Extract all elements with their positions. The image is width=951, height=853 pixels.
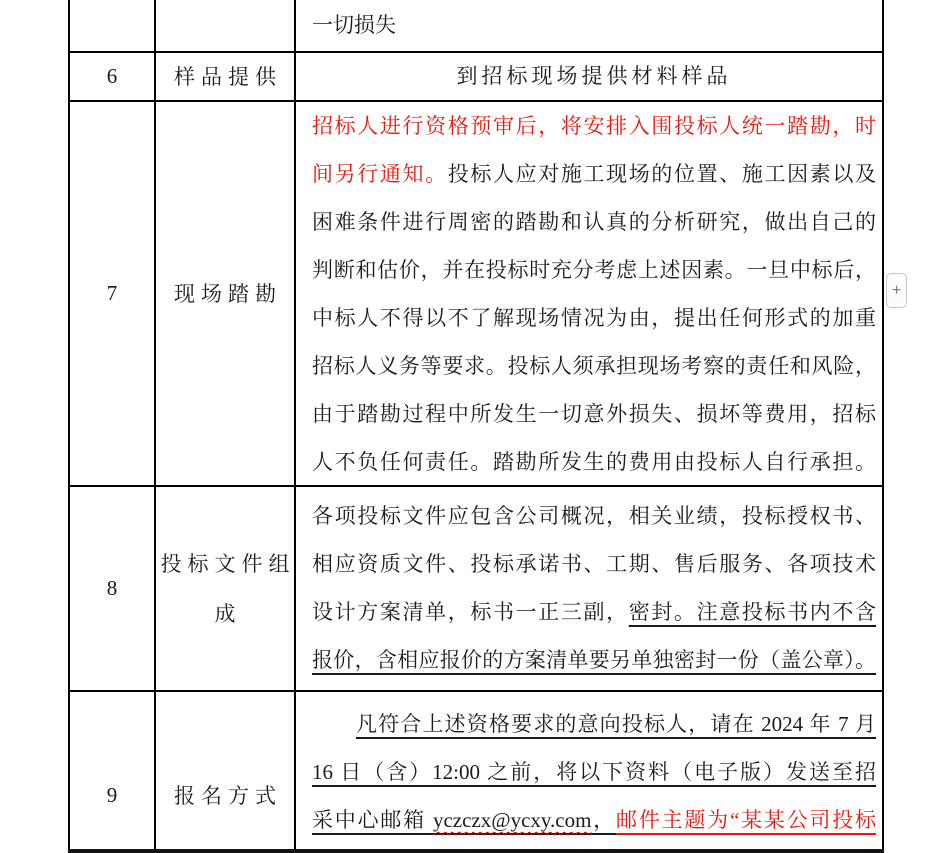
row-content-cell: 一切损失 [296,0,882,51]
content-line: 相应资质文件、投标承诺书、工期、售后服务、各项技术 [312,540,876,588]
content-line: 凡符合上述资格要求的意向投标人，请在 2024 年 7 月 [312,700,876,748]
text-segment: 邮件主题为“某某公司投标 [616,808,876,832]
row-label-text: 成 [209,589,242,639]
content-line: 由于踏勘过程中所发生一切意外损失、损坏等费用，招标 [312,390,876,438]
spellcheck-wavy-underline: yczczx@ycxy.com [433,808,591,832]
content-line: 招标人进行资格预审后，将安排入围投标人统一踏勘，时 [312,102,876,150]
content-line: 判断和估价，并在投标时充分考虑上述因素。一旦中标后， [312,246,876,294]
table-row-8: 8投标文件组成各项投标文件应包含公司概况，相关业绩，投标授权书、相应资质文件、投… [70,487,882,692]
table-row-6: 6样品提供到招标现场提供材料样品 [70,53,882,102]
content-line: 16 日（含）12:00 之前，将以下资料（电子版）发送至招 [312,748,876,796]
row-content-cell: 招标人进行资格预审后，将安排入围投标人统一踏勘，时间另行通知。投标人应对施工现场… [296,102,882,485]
row-number-cell: 6 [70,53,156,100]
row-number-cell: 7 [70,102,156,485]
row-number-cell [70,0,156,51]
text-segment: 中标人不得以不了解现场情况为由，提出任何形式的加重 [312,306,876,330]
email-text-segment: yczczx@ycxy.com [433,808,591,832]
row-label-cell: 报名方式 [156,692,296,853]
text-segment: 到招标现场提供材料样品 [457,64,732,88]
table-row-partial: 一切损失 [70,0,882,53]
content-line: 招标人义务等要求。投标人须承担现场考察的责任和风险， [312,342,876,390]
text-segment: 招标人义务等要求。投标人须承担现场考察的责任和风险， [312,354,876,378]
text-segment: 凡符合上述资格要求的意向投标人，请在 2024 年 7 月 [356,712,876,736]
text-segment: 设计方案清单，标书一正三副， [312,600,629,624]
row-number-cell: 8 [70,487,156,690]
text-segment: 报价，含相应报价的方案清单要另单独密封一份（盖公章）。 [312,648,876,672]
text-segment: 采中心邮箱 [312,808,433,832]
text-segment: 相应资质文件、投标承诺书、工期、售后服务、各项技术 [312,552,876,576]
content-line: 采中心邮箱 yczczx@ycxy.com，邮件主题为“某某公司投标 [312,796,876,844]
row-label-cell: 现场踏勘 [156,102,296,485]
row-label-text: 投标文件组 [156,539,296,589]
table-row-7: 7现场踏勘招标人进行资格预审后，将安排入围投标人统一踏勘，时间另行通知。投标人应… [70,102,882,487]
table-row-9: 9报名方式凡符合上述资格要求的意向投标人，请在 2024 年 7 月16 日（含… [70,692,882,853]
text-segment: 人不负任何责任。踏勘所发生的费用由投标人自行承担。 [312,450,876,474]
text-segment: 判断和估价，并在投标时充分考虑上述因素。一旦中标后， [312,258,876,282]
text-segment: 16 日（含）12:00 之前，将以下资料（电子版）发送至招 [312,760,876,784]
row-label-cell: 投标文件组成 [156,487,296,690]
content-line: 到招标现场提供材料样品 [312,53,876,100]
row-content-cell: 到招标现场提供材料样品 [296,53,882,100]
row-label-text: 样品提供 [168,53,282,100]
text-segment: ， [591,808,616,832]
clipped-next-row-band [68,849,884,853]
text-segment: 间另行通知。 [312,162,448,186]
expand-plus-button[interactable]: + [886,273,907,308]
row-label-cell [156,0,296,51]
text-segment: 各项投标文件应包含公司概况，相关业绩，投标授权书、 [312,504,876,528]
content-line: 中标人不得以不了解现场情况为由，提出任何形式的加重 [312,294,876,342]
text-segment: 招标人进行资格预审后，将安排入围投标人统一踏勘，时 [312,114,876,138]
row-number-cell: 9 [70,692,156,853]
content-line: 设计方案清单，标书一正三副，密封。注意投标书内不含 [312,588,876,636]
text-segment: 一切损失 [312,13,396,37]
text-segment: 由于踏勘过程中所发生一切意外损失、损坏等费用，招标 [312,402,876,426]
tender-requirements-table: 一切损失6样品提供到招标现场提供材料样品7现场踏勘招标人进行资格预审后，将安排入… [68,0,884,853]
content-line: 各项投标文件应包含公司概况，相关业绩，投标授权书、 [312,492,876,540]
row-label-text: 报名方式 [168,771,282,821]
content-line: 一切损失 [312,0,876,51]
text-segment: 投标人应对施工现场的位置、施工因素以及 [448,162,876,186]
content-line: 人不负任何责任。踏勘所发生的费用由投标人自行承担。 [312,438,876,485]
row-label-cell: 样品提供 [156,53,296,100]
text-segment: 密封。注意投标书内不含 [629,600,876,624]
content-line: 困难条件进行周密的踏勘和认真的分析研究，做出自己的 [312,198,876,246]
content-line: 报价，含相应报价的方案清单要另单独密封一份（盖公章）。 [312,636,876,684]
row-content-cell: 凡符合上述资格要求的意向投标人，请在 2024 年 7 月16 日（含）12:0… [296,692,882,853]
row-label-text: 现场踏勘 [168,269,282,319]
row-content-cell: 各项投标文件应包含公司概况，相关业绩，投标授权书、相应资质文件、投标承诺书、工期… [296,487,882,690]
content-line: 间另行通知。投标人应对施工现场的位置、施工因素以及 [312,150,876,198]
text-segment: 困难条件进行周密的踏勘和认真的分析研究，做出自己的 [312,210,876,234]
